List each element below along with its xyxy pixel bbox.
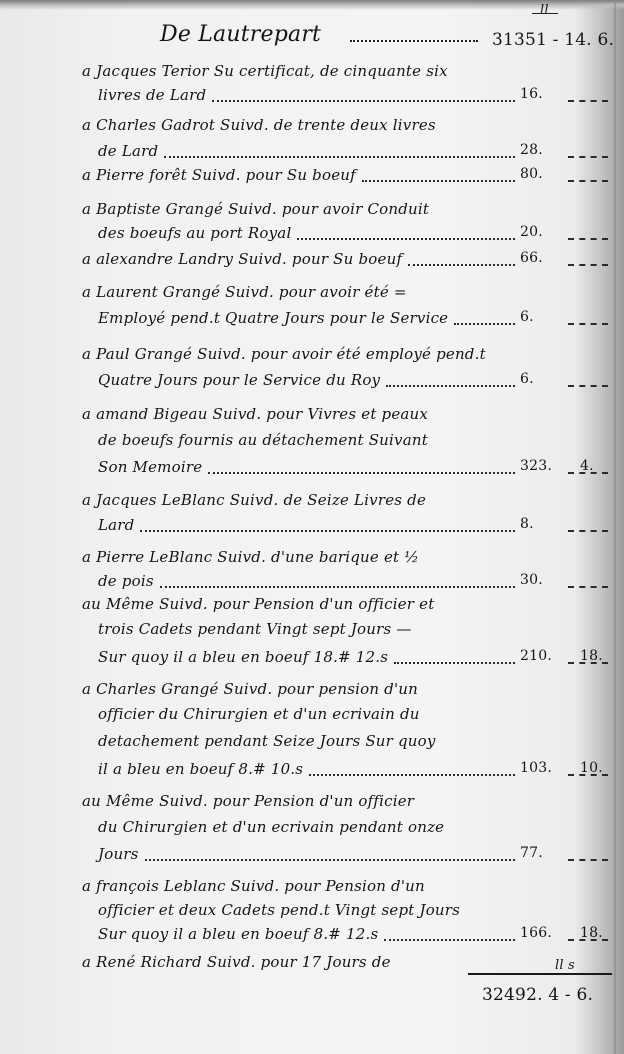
amount-livres: 16. — [520, 86, 543, 102]
amount-livres: 20. — [520, 224, 543, 240]
dotted-leader — [164, 156, 515, 158]
dotted-leader — [386, 385, 515, 387]
entry-description-continued: de Lard — [98, 142, 158, 160]
trailing-dash — [568, 264, 608, 266]
ledger-line: des boeufs au port Royal20. — [0, 224, 624, 248]
dotted-leader — [160, 586, 515, 588]
entry-description: a Jacques Terior Su certificat, de cinqu… — [82, 62, 448, 80]
ledger-line: de boeufs fournis au détachement Suivant — [0, 431, 624, 455]
ledger-line: trois Cadets pendant Vingt sept Jours — — [0, 620, 624, 644]
amount-livres: 8. — [520, 516, 534, 532]
entry-description: a Pierre LeBlanc Suivd. d'une barique et… — [82, 548, 419, 566]
entry-description: a Jacques LeBlanc Suivd. de Seize Livres… — [82, 491, 426, 509]
dotted-leader — [140, 530, 515, 532]
trailing-dash — [568, 238, 608, 240]
ledger-line: a Jacques LeBlanc Suivd. de Seize Livres… — [0, 491, 624, 515]
amount-livres: 80. — [520, 166, 543, 182]
entry-description-continued: de pois — [98, 572, 154, 590]
trailing-dash — [568, 939, 608, 941]
dotted-leader — [454, 323, 515, 325]
ledger-line: de Lard28. — [0, 142, 624, 166]
ledger-line: a Charles Grangé Suivd. pour pension d'u… — [0, 680, 624, 704]
ledger-line: a Pierre LeBlanc Suivd. d'une barique et… — [0, 548, 624, 572]
ledger-line: officier et deux Cadets pend.t Vingt sep… — [0, 901, 624, 925]
ledger-line: Sur quoy il a bleu en boeuf 18.# 12.s210… — [0, 648, 624, 672]
entry-description: a René Richard Suivd. pour 17 Jours de — [82, 953, 391, 971]
entry-description-continued: Sur quoy il a bleu en boeuf 8.# 12.s — [98, 925, 378, 943]
trailing-dash — [568, 180, 608, 182]
entry-description: au Même Suivd. pour Pension d'un officie… — [82, 792, 414, 810]
entry-description-continued: du Chirurgien et d'un ecrivain pendant o… — [98, 818, 444, 836]
ledger-line: detachement pendant Seize Jours Sur quoy — [0, 732, 624, 756]
entry-description-continued: officier et deux Cadets pend.t Vingt sep… — [98, 901, 460, 919]
ledger-line: Son Memoire323.4. — [0, 458, 624, 482]
ledger-line: a Charles Gadrot Suivd. de trente deux l… — [0, 116, 624, 140]
entry-description-continued: il a bleu en boeuf 8.# 10.s — [98, 760, 303, 778]
entry-description-continued: de boeufs fournis au détachement Suivant — [98, 431, 428, 449]
entry-description-continued: Jours — [98, 845, 139, 863]
currency-mark-footer: ll s — [555, 958, 575, 973]
entry-description: a Pierre forêt Suivd. pour Su boeuf — [82, 166, 356, 184]
amount-livres: 28. — [520, 142, 543, 158]
amount-livres: 66. — [520, 250, 543, 266]
ledger-page: ll De Lautrepart 31351 - 14. 6. a Jacque… — [0, 0, 624, 1054]
page-total: 32492. 4 - 6. — [482, 985, 593, 1005]
ledger-line: a amand Bigeau Suivd. pour Vivres et pea… — [0, 405, 624, 429]
ledger-line: Employé pend.t Quatre Jours pour le Serv… — [0, 309, 624, 333]
trailing-dash — [568, 774, 608, 776]
dotted-leader — [408, 264, 515, 266]
dotted-leader — [212, 100, 515, 102]
trailing-dash — [568, 156, 608, 158]
entry-description-continued: livres de Lard — [98, 86, 206, 104]
heading-leader-dots — [350, 40, 478, 42]
dotted-leader — [208, 472, 515, 474]
entry-description: a amand Bigeau Suivd. pour Vivres et pea… — [82, 405, 428, 423]
ledger-line: a Paul Grangé Suivd. pour avoir été empl… — [0, 345, 624, 369]
dotted-leader — [384, 939, 515, 941]
ledger-line: du Chirurgien et d'un ecrivain pendant o… — [0, 818, 624, 842]
amount-livres: 6. — [520, 371, 534, 387]
total-rule-line — [468, 973, 612, 975]
amount-livres: 103. — [520, 760, 552, 776]
entry-description-continued: officier du Chirurgien et d'un ecrivain … — [98, 705, 420, 723]
dotted-leader — [297, 238, 515, 240]
ledger-line: a Jacques Terior Su certificat, de cinqu… — [0, 62, 624, 86]
trailing-dash — [568, 586, 608, 588]
entry-description-continued: Quatre Jours pour le Service du Roy — [98, 371, 380, 389]
amount-livres: 166. — [520, 925, 552, 941]
trailing-dash — [568, 859, 608, 861]
ledger-line: livres de Lard16. — [0, 86, 624, 110]
entry-description: a Paul Grangé Suivd. pour avoir été empl… — [82, 345, 486, 363]
ledger-line: au Même Suivd. pour Pension d'un officie… — [0, 595, 624, 619]
amount-livres: 323. — [520, 458, 552, 474]
entry-description: a Charles Gadrot Suivd. de trente deux l… — [82, 116, 436, 134]
page-top-edge-shadow — [0, 0, 624, 10]
entry-description: a Charles Grangé Suivd. pour pension d'u… — [82, 680, 418, 698]
entry-description: au Même Suivd. pour Pension d'un officie… — [82, 595, 434, 613]
entry-description: a Laurent Grangé Suivd. pour avoir été = — [82, 283, 407, 301]
page-heading: De Lautrepart — [160, 22, 321, 47]
entry-description: a alexandre Landry Suivd. pour Su boeuf — [82, 250, 402, 268]
ledger-line: a françois Leblanc Suivd. pour Pension d… — [0, 877, 624, 901]
carried-forward-amount: 31351 - 14. 6. — [492, 30, 614, 50]
entry-description-continued: Lard — [98, 516, 134, 534]
ledger-line: il a bleu en boeuf 8.# 10.s103.10. — [0, 760, 624, 784]
entry-description-continued: trois Cadets pendant Vingt sept Jours — — [98, 620, 412, 638]
amount-livres: 77. — [520, 845, 543, 861]
trailing-dash — [568, 662, 608, 664]
amount-livres: 6. — [520, 309, 534, 325]
ledger-line: officier du Chirurgien et d'un ecrivain … — [0, 705, 624, 729]
entry-description-continued: Son Memoire — [98, 458, 202, 476]
trailing-dash — [568, 385, 608, 387]
ledger-line: au Même Suivd. pour Pension d'un officie… — [0, 792, 624, 816]
ledger-line: a Pierre forêt Suivd. pour Su boeuf80. — [0, 166, 624, 190]
ledger-line: a alexandre Landry Suivd. pour Su boeuf6… — [0, 250, 624, 274]
ledger-line: Lard8. — [0, 516, 624, 540]
entry-description: a Baptiste Grangé Suivd. pour avoir Cond… — [82, 200, 429, 218]
dotted-leader — [309, 774, 515, 776]
dotted-leader — [362, 180, 515, 182]
ledger-line: Jours77. — [0, 845, 624, 869]
trailing-dash — [568, 323, 608, 325]
ledger-line: Sur quoy il a bleu en boeuf 8.# 12.s166.… — [0, 925, 624, 949]
dotted-leader — [145, 859, 515, 861]
currency-mark-header: ll — [540, 3, 549, 18]
amount-livres: 30. — [520, 572, 543, 588]
entry-description-continued: des boeufs au port Royal — [98, 224, 291, 242]
ledger-line: a Baptiste Grangé Suivd. pour avoir Cond… — [0, 200, 624, 224]
entry-description-continued: Sur quoy il a bleu en boeuf 18.# 12.s — [98, 648, 388, 666]
ledger-line: de pois30. — [0, 572, 624, 596]
trailing-dash — [568, 100, 608, 102]
ledger-line: Quatre Jours pour le Service du Roy6. — [0, 371, 624, 395]
dotted-leader — [394, 662, 515, 664]
trailing-dash — [568, 530, 608, 532]
ledger-line: a Laurent Grangé Suivd. pour avoir été = — [0, 283, 624, 307]
entry-description-continued: Employé pend.t Quatre Jours pour le Serv… — [98, 309, 448, 327]
entry-description: a françois Leblanc Suivd. pour Pension d… — [82, 877, 425, 895]
amount-livres: 210. — [520, 648, 552, 664]
entry-description-continued: detachement pendant Seize Jours Sur quoy — [98, 732, 436, 750]
trailing-dash — [568, 472, 608, 474]
